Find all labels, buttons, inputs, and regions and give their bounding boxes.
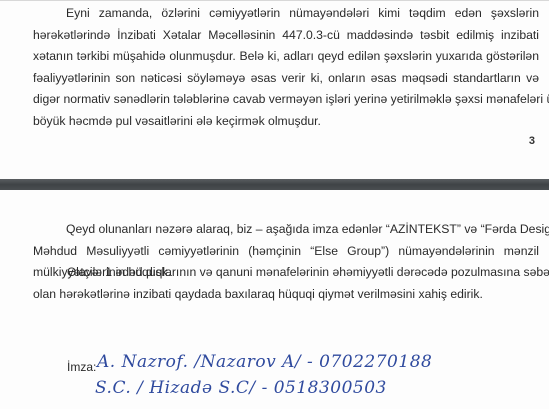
text-line: digər normativ sənədlərin tələblərinə ca… xyxy=(33,89,539,111)
text-line: Qeyd olunanları nəzərə alaraq, biz – aşa… xyxy=(33,219,539,241)
attachment-note: Əlavə: 1 ədəd disk. xyxy=(67,265,171,279)
document-page-3: Eyni zamanda, özlərini cəmiyyətlərin nüm… xyxy=(0,0,549,180)
signature-label: İmza: xyxy=(67,360,96,374)
document-page-4: Qeyd olunanları nəzərə alaraq, biz – aşa… xyxy=(0,190,549,409)
text-line: hərəkətlərində İnzibati Xətalar Məcəlləs… xyxy=(33,25,539,47)
page-separator xyxy=(0,179,549,190)
page-number: 3 xyxy=(529,135,535,147)
text-line: fəaliyyətlərinin son nəticəsi söyləməyə … xyxy=(33,68,539,90)
text-line: xətanın tərkibi müşahidə olunmuşdur. Bel… xyxy=(33,46,539,68)
paragraph-violation: Eyni zamanda, özlərini cəmiyyətlərin nüm… xyxy=(33,3,539,132)
handwritten-signature-2: S.C. / Hizadə S.C/ - 0518300503 xyxy=(95,378,387,398)
text-line: böyük həcmdə pul vəsaitlərini ələ keçirm… xyxy=(33,111,539,133)
text-line: Eyni zamanda, özlərini cəmiyyətlərin nüm… xyxy=(33,3,539,25)
text-line: olan hərəkətlərinə inzibati qaydada baxı… xyxy=(33,284,539,306)
paragraph-request: Qeyd olunanları nəzərə alaraq, biz – aşa… xyxy=(33,219,539,305)
text-line: Məhdud Məsuliyyətli cəmiyyətlərinin (həm… xyxy=(33,241,539,263)
handwritten-signature-1: A. Nazrof. /Nazarov A/ - 0702270188 xyxy=(97,352,432,372)
